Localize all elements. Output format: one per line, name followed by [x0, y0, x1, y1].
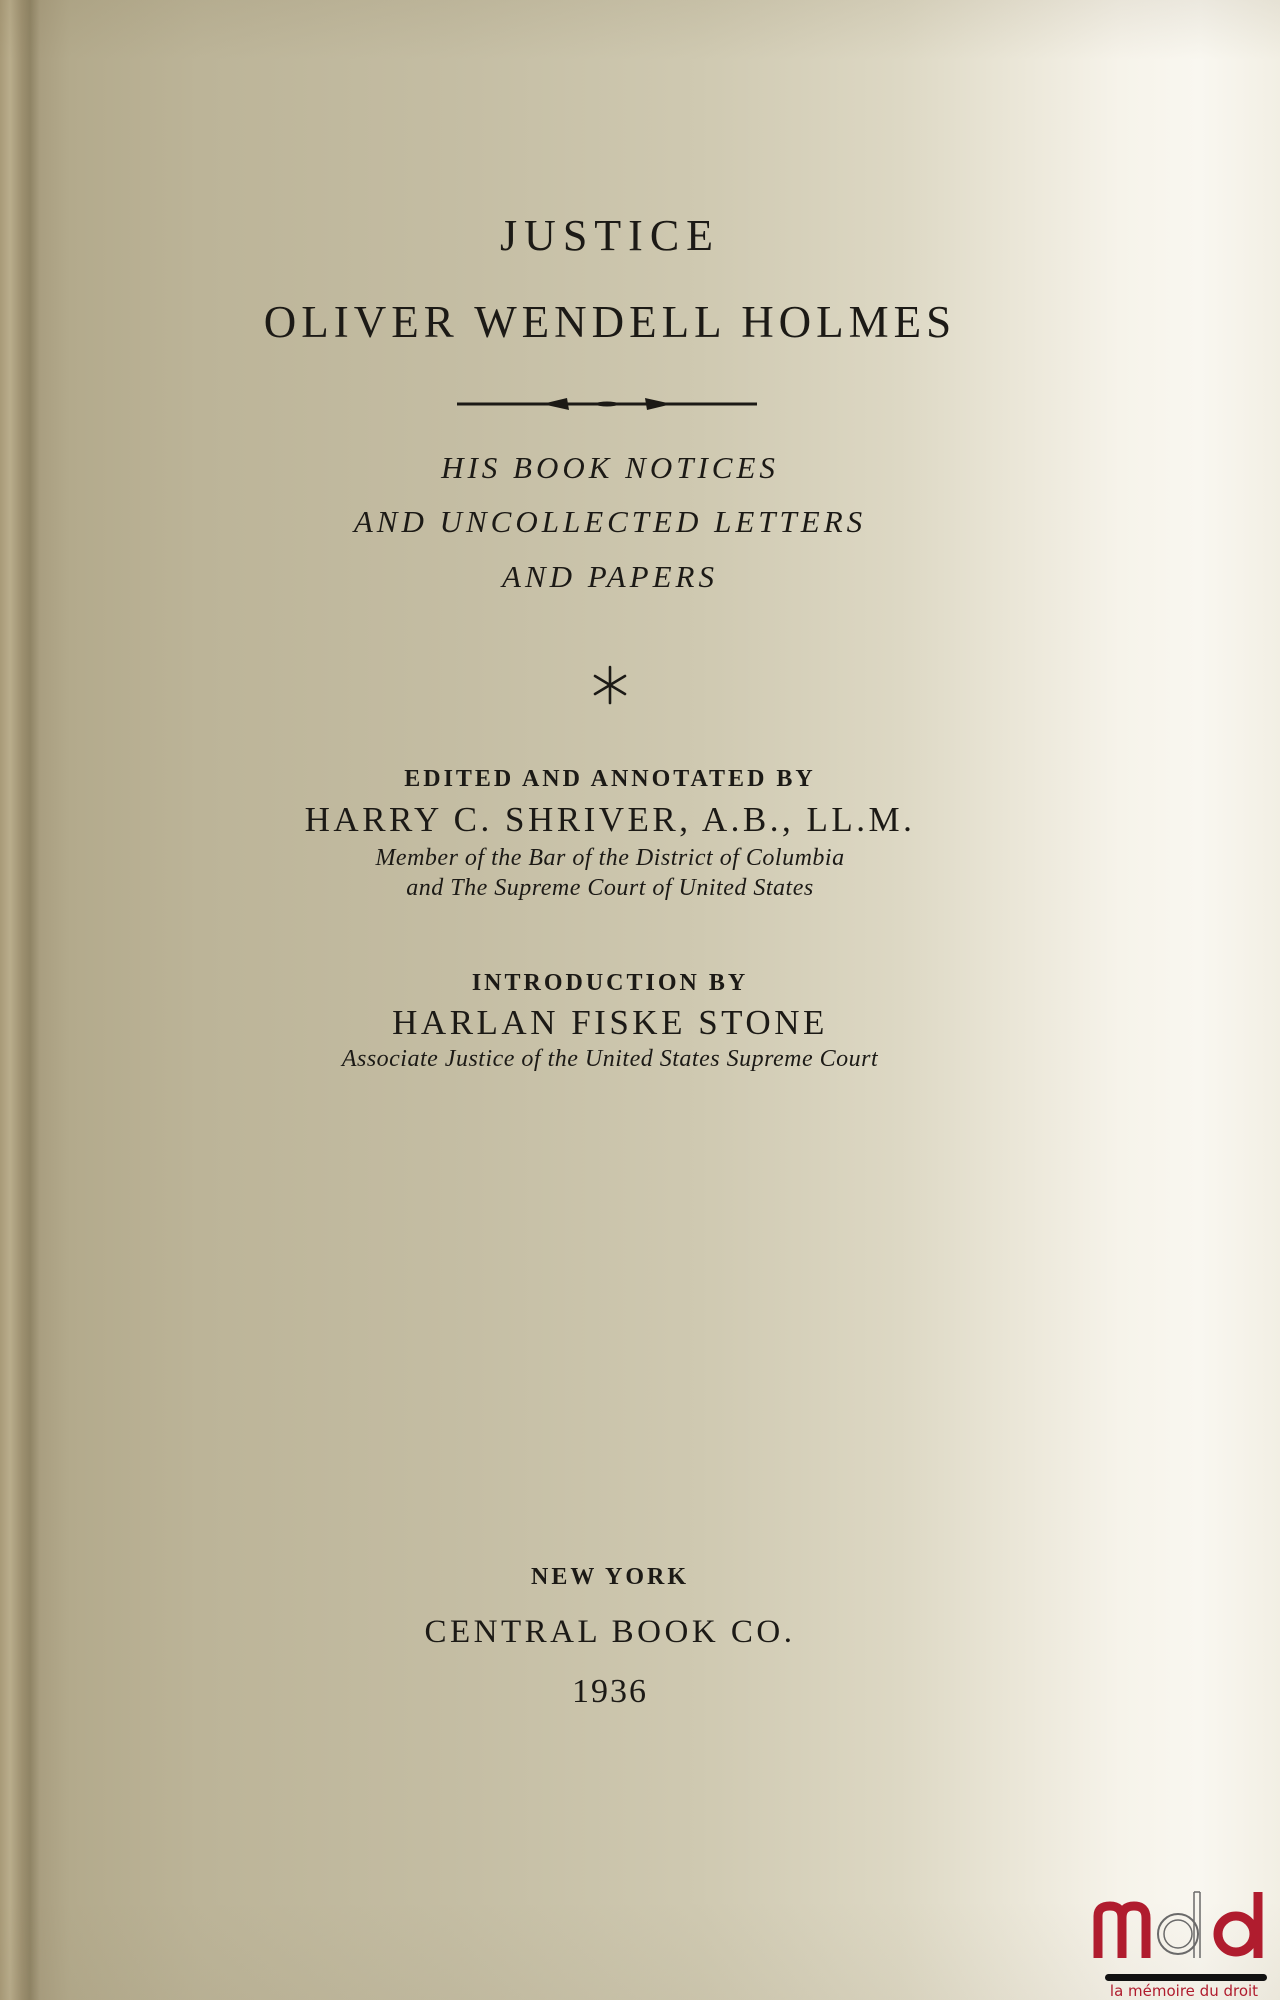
editor-description-2: and The Supreme Court of United States: [0, 875, 1220, 902]
imprint-year: 1936: [0, 1673, 1220, 1711]
logo-tagline: la mémoire du droit: [1090, 1982, 1278, 2000]
rule-ornament-icon: [457, 394, 757, 414]
introduction-label: INTRODUCTION BY: [0, 970, 1220, 997]
logo-bar: [1105, 1974, 1267, 1981]
mdd-logo-icon: [1090, 1890, 1278, 1960]
editor-label: EDITED AND ANNOTATED BY: [0, 766, 1220, 793]
title-subject: OLIVER WENDELL HOLMES: [0, 296, 1220, 348]
imprint-city: NEW YORK: [0, 1564, 1220, 1591]
subtitle-line-3: AND PAPERS: [0, 559, 1220, 595]
asterisk-icon: [592, 665, 628, 705]
subtitle-line-1: HIS BOOK NOTICES: [0, 450, 1220, 486]
scanned-title-page: JUSTICE OLIVER WENDELL HOLMES HIS BOOK N…: [0, 0, 1280, 2000]
editor-description-1: Member of the Bar of the District of Col…: [0, 845, 1220, 872]
introduction-author-description: Associate Justice of the United States S…: [0, 1046, 1220, 1073]
editor-name: HARRY C. SHRIVER, A.B., LL.M.: [0, 800, 1220, 840]
introduction-author: HARLAN FISKE STONE: [0, 1003, 1220, 1043]
subtitle-line-2: AND UNCOLLECTED LETTERS: [0, 504, 1220, 540]
title-heading: JUSTICE: [0, 210, 1220, 261]
mdd-watermark-logo: la mémoire du droit: [1090, 1890, 1278, 1996]
imprint-publisher: CENTRAL BOOK CO.: [0, 1614, 1220, 1651]
